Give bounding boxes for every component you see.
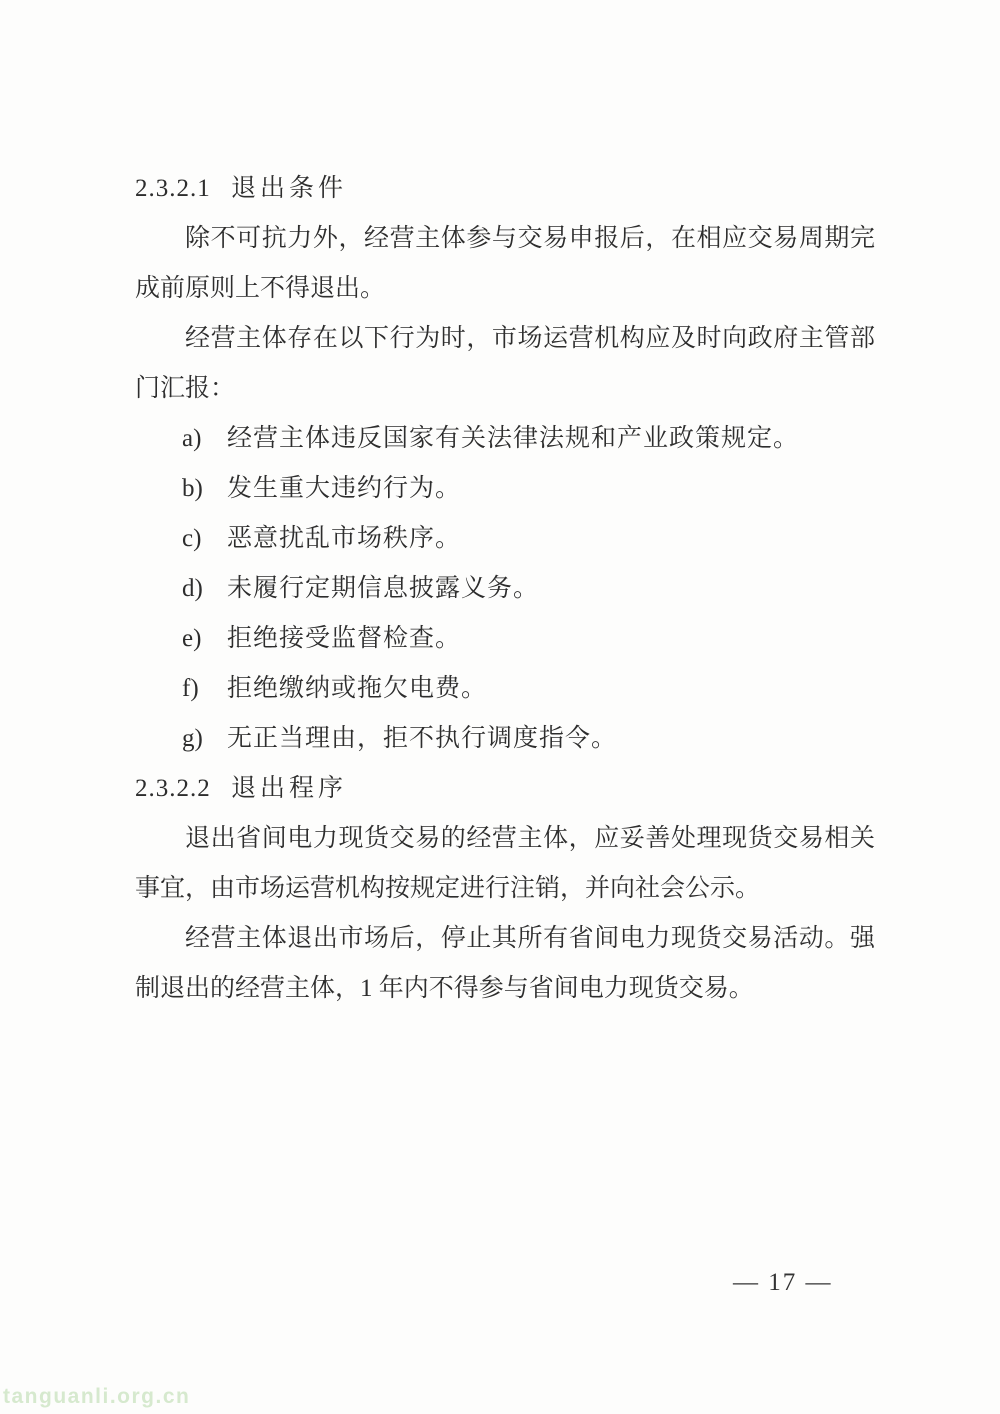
section-number: 2.3.2.1 (135, 175, 211, 202)
page-number: — 17 — (733, 1258, 863, 1308)
violation-list: a) 经营主体违反国家有关法律法规和产业政策规定。 b) 发生重大违约行为。 c… (135, 414, 875, 764)
list-item-text: 未履行定期信息披露义务。 (227, 564, 875, 614)
document-body: 2.3.2.1 退出条件 除不可抗力外，经营主体参与交易申报后，在相应交易周期完… (135, 164, 875, 1014)
list-item: b) 发生重大违约行为。 (135, 464, 875, 514)
list-item-marker: e) (182, 614, 227, 664)
section-heading-exit-procedure: 2.3.2.2 退出程序 (135, 764, 875, 814)
list-item-text: 无正当理由，拒不执行调度指令。 (227, 714, 875, 764)
list-item: a) 经营主体违反国家有关法律法规和产业政策规定。 (135, 414, 875, 464)
list-item-text: 经营主体违反国家有关法律法规和产业政策规定。 (227, 414, 875, 464)
section-title: 退出程序 (231, 775, 347, 802)
list-item-marker: c) (182, 514, 227, 564)
list-item-marker: d) (182, 564, 227, 614)
list-item-text: 拒绝接受监督检查。 (227, 614, 875, 664)
list-item: d) 未履行定期信息披露义务。 (135, 564, 875, 614)
list-item: c) 恶意扰乱市场秩序。 (135, 514, 875, 564)
paragraph-exit-condition-1: 除不可抗力外，经营主体参与交易申报后，在相应交易周期完成前原则上不得退出。 (135, 214, 875, 314)
list-item-marker: f) (182, 664, 227, 714)
paragraph-exit-condition-2: 经营主体存在以下行为时，市场运营机构应及时向政府主管部门汇报： (135, 314, 875, 414)
list-item-text: 拒绝缴纳或拖欠电费。 (227, 664, 875, 714)
section-number: 2.3.2.2 (135, 775, 211, 802)
list-item-marker: b) (182, 464, 227, 514)
list-item-marker: a) (182, 414, 227, 464)
list-item: f) 拒绝缴纳或拖欠电费。 (135, 664, 875, 714)
section-heading-exit-conditions: 2.3.2.1 退出条件 (135, 164, 875, 214)
paragraph-exit-procedure-2: 经营主体退出市场后，停止其所有省间电力现货交易活动。强制退出的经营主体，1 年内… (135, 914, 875, 1014)
document-page: 2.3.2.1 退出条件 除不可抗力外，经营主体参与交易申报后，在相应交易周期完… (0, 0, 1000, 1414)
watermark: tanguanli.org.cn (3, 1384, 190, 1410)
list-item-text: 恶意扰乱市场秩序。 (227, 514, 875, 564)
list-item-text: 发生重大违约行为。 (227, 464, 875, 514)
list-item-marker: g) (182, 714, 227, 764)
list-item: e) 拒绝接受监督检查。 (135, 614, 875, 664)
list-item: g) 无正当理由，拒不执行调度指令。 (135, 714, 875, 764)
section-title: 退出条件 (231, 175, 347, 202)
paragraph-exit-procedure-1: 退出省间电力现货交易的经营主体，应妥善处理现货交易相关事宜，由市场运营机构按规定… (135, 814, 875, 914)
